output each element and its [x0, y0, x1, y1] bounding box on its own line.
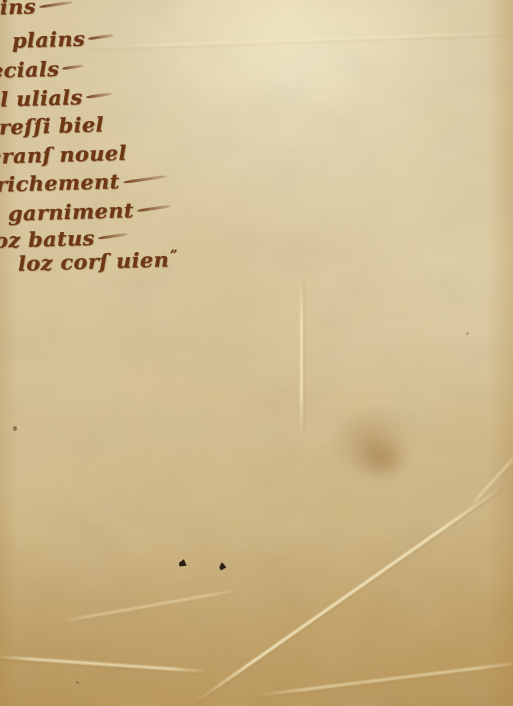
crease-bottom-right — [255, 660, 513, 696]
crease-right-middle — [469, 453, 513, 507]
parchment-hole-left — [178, 558, 187, 567]
manuscript-line: ains — [0, 0, 73, 18]
manuscript-line-text: eranſ nouel — [0, 141, 127, 169]
manuscript-line-text: oz batus — [0, 226, 95, 253]
manuscript-line: creſſi biel — [0, 114, 104, 137]
manuscript-line-text: il ulials — [0, 85, 83, 112]
manuscript-line-text: creſſi biel — [0, 112, 104, 139]
top-sheen — [120, 0, 460, 120]
ink-speck — [13, 426, 17, 431]
crease-diagonal-bottom-right — [195, 487, 501, 703]
manuscript-line: loz corſ uien” — [18, 249, 178, 274]
superscript-flourish-mark: ” — [170, 248, 178, 263]
flourish-stroke — [39, 1, 73, 8]
manuscript-line: ecials — [0, 58, 85, 81]
crease-mid-bottom — [60, 589, 238, 623]
manuscript-line: eranſ nouel — [0, 143, 127, 167]
parchment-hole-right — [218, 561, 227, 570]
manuscript-line-text: plains — [12, 26, 86, 52]
manuscript-line-text: garniment — [8, 198, 134, 226]
crease-vertical-center — [300, 282, 303, 432]
crease-top-band — [90, 31, 510, 49]
flourish-stroke — [62, 65, 84, 71]
flourish-stroke — [98, 233, 128, 240]
manuscript-line: il ulials — [0, 86, 112, 109]
flourish-stroke — [137, 205, 171, 212]
stain-blob-core — [356, 438, 408, 482]
manuscript-line-text: ecials — [0, 57, 60, 83]
manuscript-line-text: ains — [0, 0, 36, 19]
manuscript-line: garniment — [8, 199, 171, 224]
manuscript-line: oz batus — [0, 227, 128, 251]
bottom-shading — [0, 526, 513, 706]
flourish-stroke — [88, 34, 114, 40]
manuscript-line-text: richement — [0, 169, 120, 196]
parchment-page: ains plains ecials il ulials creſſi biel… — [0, 0, 513, 706]
flourish-stroke — [123, 175, 167, 184]
manuscript-line: plains — [12, 28, 115, 51]
manuscript-line: richement — [0, 170, 167, 195]
crease-bottom-left — [0, 655, 209, 673]
manuscript-line-text: loz corſ uien — [18, 247, 170, 275]
ink-speck — [76, 681, 79, 684]
ink-speck — [466, 332, 469, 335]
stain-blob — [328, 408, 414, 474]
right-edge-shading — [487, 0, 513, 706]
flourish-stroke — [85, 93, 111, 99]
